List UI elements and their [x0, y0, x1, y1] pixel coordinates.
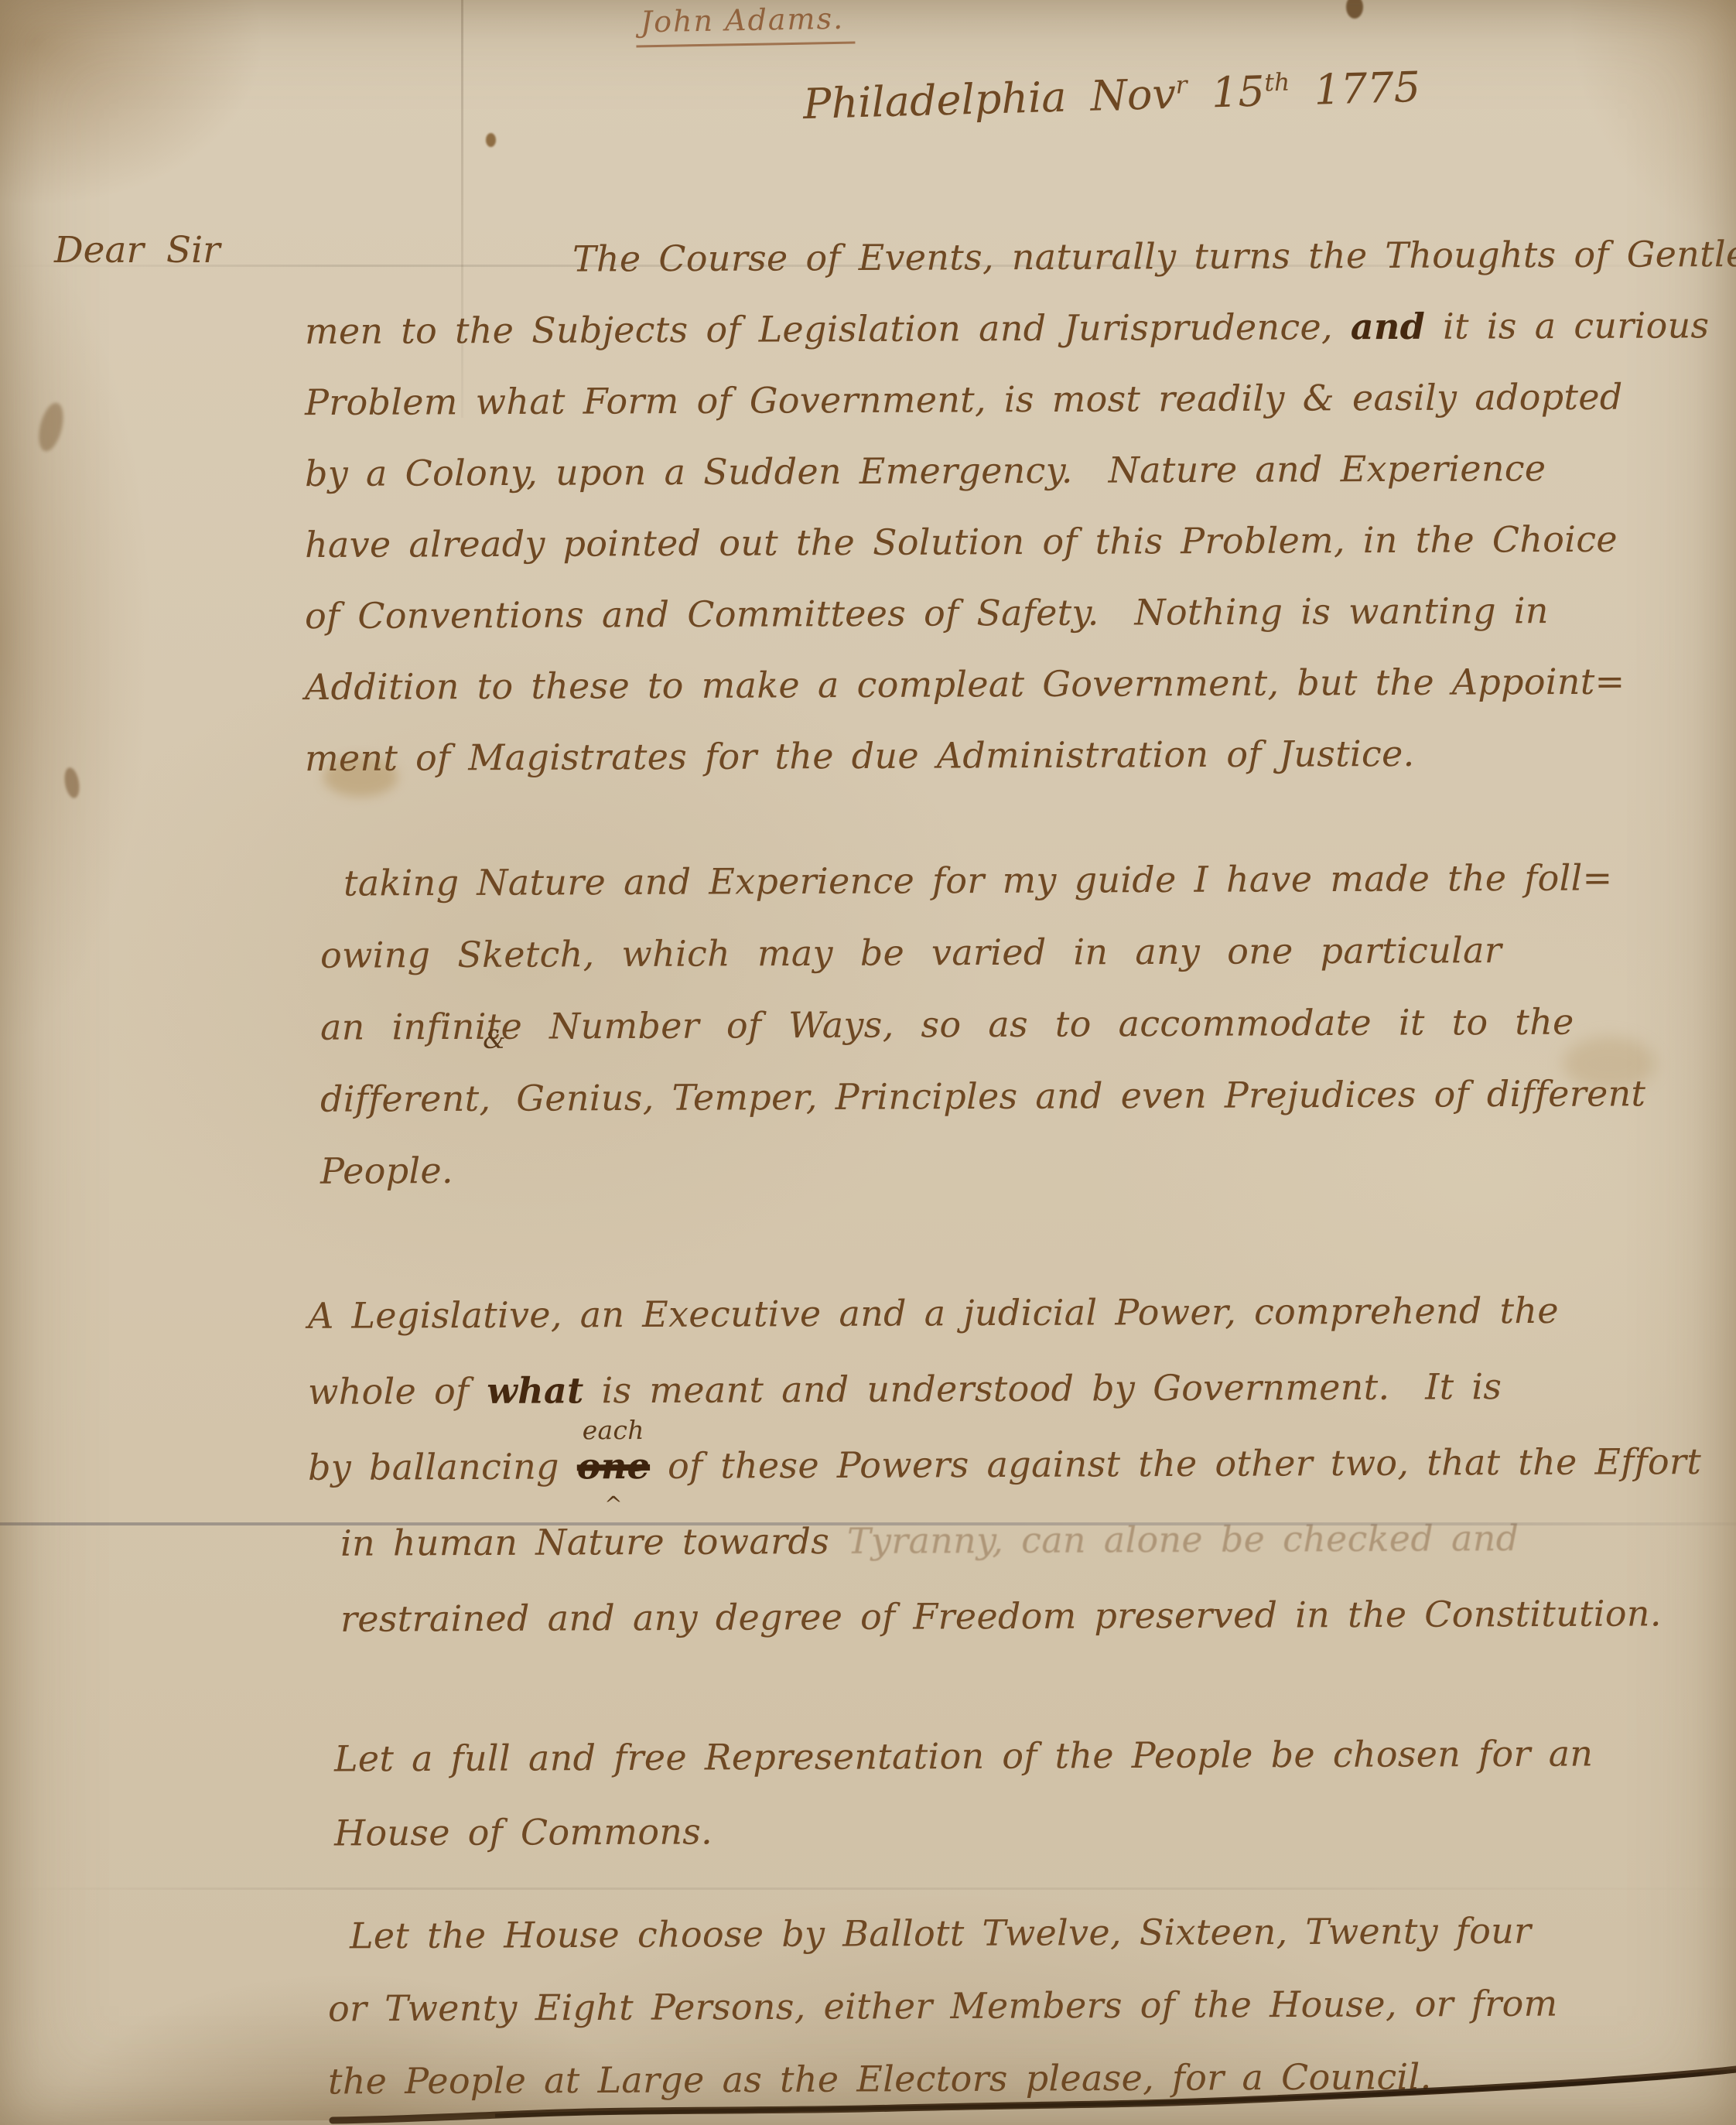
dateline-day-suffix: th: [1264, 69, 1290, 97]
ink-smudge: [63, 767, 82, 800]
text-segment: whole of: [308, 1370, 487, 1413]
text-line: owing Sketch, which may be varied in any…: [320, 914, 1646, 991]
text-line: Let a full and free Representation of th…: [334, 1716, 1594, 1795]
paragraph-5: Let the House choose by Ballott Twelve, …: [328, 1897, 1557, 2115]
text-line: or Twenty Eight Persons, either Members …: [328, 1967, 1558, 2045]
text-line: have already pointed out the Solution of…: [305, 503, 1736, 580]
text-line: People.: [320, 1129, 1646, 1207]
text-segment: Genius, Temper, Principles and even Prej…: [498, 1072, 1645, 1119]
ink-smudge: [35, 401, 68, 454]
text-segment: of these Powers against the other two, t…: [650, 1440, 1701, 1487]
faded-text: Tyranny, can alone be checked and: [847, 1517, 1519, 1562]
paragraph-3: A Legislative, an Executive and a judici…: [308, 1275, 1701, 1654]
letter-page: John Adams. Philadelphia Novr 15th 1775 …: [0, 0, 1736, 2125]
text-segment: different,: [320, 1078, 491, 1120]
text-segment: is meant and understood by Government. I…: [583, 1365, 1502, 1411]
text-line: Let the House choose by Ballott Twelve, …: [328, 1894, 1558, 1973]
text-line: Addition to these to make a compleat Gov…: [305, 645, 1736, 723]
text-line: taking Nature and Experience for my guid…: [320, 842, 1646, 919]
dateline-day: 15: [1211, 67, 1265, 117]
text-line: whole of what is meant and understood by…: [308, 1348, 1701, 1430]
overwritten-word: what: [487, 1369, 584, 1412]
text-line: by ballancing eachone^ of these Powers a…: [308, 1423, 1701, 1505]
text-segment: in human Nature towards: [340, 1520, 847, 1564]
text-line: by a Colony, upon a Sudden Emergency. Na…: [305, 432, 1736, 509]
paragraph-1: The Course of Events, naturally turns th…: [305, 221, 1736, 791]
text-line: in human Nature towards Tyranny, can alo…: [340, 1499, 1701, 1581]
dateline-month-suffix: r: [1175, 71, 1188, 99]
docketing-author-name: John Adams.: [636, 2, 856, 48]
text-segment: men to the Subjects of Legislation and J…: [305, 306, 1351, 352]
ink-spot: [1346, 0, 1363, 19]
salutation: Dear Sir: [54, 229, 220, 272]
text-line: the People at Large as the Electors plea…: [328, 2040, 1558, 2118]
paragraph-4: Let a full and free Representation of th…: [334, 1719, 1593, 1867]
dateline-place: Philadelphia: [802, 73, 1067, 128]
text-line: House of Commons.: [334, 1790, 1594, 1870]
inserted-word: each: [582, 1392, 644, 1468]
text-line: A Legislative, an Executive and a judici…: [308, 1272, 1701, 1354]
letter-dateline: Philadelphia Novr 15th 1775: [802, 63, 1421, 128]
overwritten-word: and: [1351, 306, 1426, 347]
inserted-word: &: [483, 1003, 506, 1075]
text-line: of Conventions and Committees of Safety.…: [305, 574, 1736, 651]
text-line: The Course of Events, naturally turns th…: [305, 218, 1736, 296]
text-line: an infinite Number of Ways, so as to acc…: [320, 986, 1646, 1063]
ink-spot: [486, 133, 496, 147]
paragraph-2: taking Nature and Experience for my guid…: [320, 845, 1645, 1204]
interlinear-correction: eachone^: [577, 1428, 651, 1504]
dateline-month: Nov: [1090, 70, 1177, 121]
text-line: different,& Genius, Temper, Principles a…: [320, 1057, 1646, 1135]
text-segment: by ballancing: [308, 1445, 577, 1488]
dateline-year: 1775: [1314, 63, 1421, 114]
text-line: ment of Magistrates for the due Administ…: [305, 716, 1736, 794]
text-line: Problem what Form of Government, is most…: [305, 360, 1736, 438]
text-line: restrained and any degree of Freedom pre…: [340, 1575, 1701, 1657]
text-segment: it is a curious: [1425, 304, 1709, 347]
interlinear-correction: &: [490, 1075, 498, 1111]
fold-crease: [0, 1888, 1736, 1890]
text-line: men to the Subjects of Legislation and J…: [305, 289, 1736, 367]
